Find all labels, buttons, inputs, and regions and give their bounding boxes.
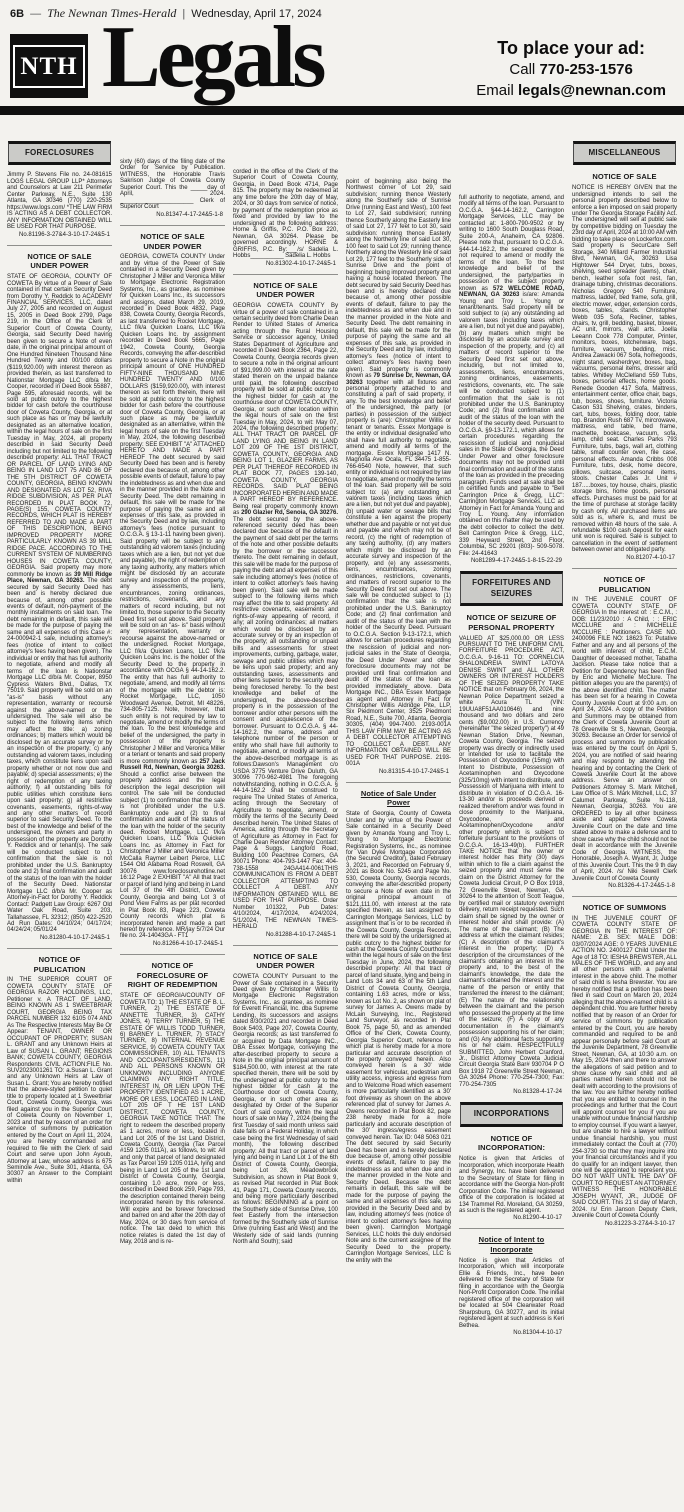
ad-email-line: Email legals@newnan.com [476, 81, 666, 101]
legal-notice: Notice of Sale Under PowerState of Georg… [346, 782, 451, 1264]
notice-body: IN THE SUPERIOR COURT OF COWETA COUNTY S… [7, 977, 112, 1184]
notice-body: COWETA COUNTY Pursuant to the Power of S… [233, 974, 338, 1246]
category-header: MISCELLANEOUS [573, 141, 676, 165]
notice-body: VALUED AT $25,000.00 OR LESS PURSUANT TO… [459, 636, 564, 1089]
legal-notice: NOTICE OF SALE UNDER POWERSTATE OF GEORG… [7, 245, 112, 941]
legal-notice: Jimmy P. Stevens File no. 24-081615 LOGS… [7, 172, 112, 237]
notice-title: NOTICE OF PUBLICATION [14, 955, 105, 975]
page-number: 6B [10, 8, 24, 20]
legal-notice: NOTICE OF SALE UNDER POWERCOWETA COUNTY … [233, 945, 338, 1246]
legal-notice: NOTICE OF PUBLICATIONIN THE SUPERIOR COU… [7, 948, 112, 1185]
ad-email-address: legals@newnan.com [518, 82, 666, 99]
notice-number: No.81280-4-10-17-24&5-1 [7, 935, 112, 941]
legal-notice: NOTICE OF SALENOTICE IS HEREBY GIVEN tha… [572, 172, 677, 560]
column-1: FORECLOSURESJimmy P. Stevens File no. 24… [7, 127, 112, 1512]
column-6: MISCELLANEOUSNOTICE OF SALENOTICE IS HER… [572, 127, 677, 1512]
notice-body: Notice is given that Articles of Incorpo… [459, 1156, 564, 1214]
category-header: FORECLOSURES [8, 141, 111, 165]
category-header: INCORPORATIONS [460, 1102, 563, 1126]
nth-logo: NTH [10, 34, 88, 98]
notice-number: No.81315-4-10-17-24&5-1 [346, 769, 451, 775]
notice-number: No.81328-4-17-24 [459, 1089, 564, 1095]
legal-notice: NOTICE OF FORECLOSURE OF RIGHT OF REDEMP… [120, 954, 225, 1246]
legal-notice: NOTICE OF SEIZURE OF PERSONAL PROPERTYVA… [459, 613, 564, 1095]
notice-body: Jimmy P. Stevens File no. 24-081615 LOGS… [7, 172, 112, 230]
column-5: full authority to negotiate, amend, and … [459, 127, 564, 1512]
notice-number: No.81347-4-17-24&5-1-8 [120, 212, 225, 218]
legal-notice-columns: FORECLOSURESJimmy P. Stevens File no. 24… [0, 115, 684, 1512]
notice-body: GEORGIA COWETA COUNTY By virtue of a pow… [233, 303, 338, 930]
notice-number: No81289-4-17-24&5-1-8-15-22-29 [459, 558, 564, 564]
notice-body: IN THE JUVENILE COURT OF COWETA COUNTY S… [572, 597, 677, 882]
notice-title: Notice of Intent to Incorporate [466, 1235, 557, 1255]
column-3: corded in the office of the Clerk of the… [233, 127, 338, 1512]
legal-notice: full authority to negotiate, amend, and … [459, 195, 564, 564]
notice-number: No.81196-3-27&4-3-10-17-24&5-1 [7, 232, 112, 238]
notice-body: NOTICE IS HEREBY GIVEN that the undersig… [572, 185, 677, 554]
notice-number: No.81266-4-10-17-24&5-1 [120, 941, 225, 947]
notice-body: point of beginning also being the Northw… [346, 179, 451, 768]
ad-phone-line: Call 770-253-1576 [476, 60, 666, 80]
call-prefix: Call [509, 61, 539, 78]
legal-notice: point of beginning also being the Northw… [346, 179, 451, 775]
notice-title: NOTICE OF FORECLOSURE OF RIGHT OF REDEMP… [127, 961, 218, 990]
notice-title: NOTICE OF INCORPORATION: [466, 1134, 557, 1154]
category-label: FORECLOSURES [25, 148, 94, 157]
notice-title: NOTICE OF SALE UNDER POWER [127, 232, 218, 252]
category-label: FORFEITURES AND SEIZURES [472, 578, 551, 597]
ad-phone-number: 770-253-1576 [539, 61, 632, 78]
header-dash: — [30, 8, 41, 20]
column-4: point of beginning also being the Northw… [346, 127, 451, 1512]
ad-headline: To place your ad: [476, 36, 666, 60]
legal-notice: NOTICE OF INCORPORATION:Notice is given … [459, 1134, 564, 1222]
notice-title: NOTICE OF SALE UNDER POWER [240, 952, 331, 972]
notice-title: NOTICE OF SALE UNDER POWER [240, 281, 331, 301]
legal-notice: NOTICE OF SUMMONSIN THE JUVENILE COURT O… [572, 896, 677, 1227]
notice-number: No.81326-4-17-24&5-1-8 [572, 883, 677, 889]
masthead: NTH Legals To place your ad: Call 770-25… [10, 24, 674, 106]
notice-body: STATE OF GEORGIA, COUNTY OF COWETA By vi… [7, 274, 112, 934]
notice-title: NOTICE OF SALE UNDER POWER [14, 252, 105, 272]
masthead-divider-bar [0, 106, 684, 115]
notice-number: No.81304-4-10-17 [459, 1330, 564, 1336]
nth-logo-text: NTH [13, 45, 84, 88]
notice-body: Notice is given that Articles of Incorpo… [459, 1258, 564, 1329]
category-header: FORFEITURES AND SEIZURES [460, 571, 563, 606]
section-title-legals: Legals [102, 14, 322, 102]
notice-title: NOTICE OF SEIZURE OF PERSONAL PROPERTY [466, 613, 557, 633]
notice-title: Notice of Sale Under Power [353, 789, 444, 809]
notice-body: STATE OF GEORGIA/COUNTY OF COWETA TO: 1)… [120, 993, 225, 1245]
notice-title: NOTICE OF SALE [579, 172, 670, 182]
category-label: MISCELLANEOUS [589, 148, 661, 157]
notice-title: NOTICE OF PUBLICATION [579, 575, 670, 595]
notice-body: corded in the office of the Clerk of the… [233, 169, 338, 260]
category-label: INCORPORATIONS [474, 1109, 550, 1118]
ad-placement-info: To place your ad: Call 770-253-1576 Emai… [476, 36, 666, 101]
notice-body: sixty (60) days of the filing date of th… [120, 159, 225, 211]
legal-notice: NOTICE OF SALE UNDER POWERGEORGIA, COWET… [120, 225, 225, 947]
legal-notice: sixty (60) days of the filing date of th… [120, 159, 225, 218]
notice-number: No.81302-4-10-17-24&5-1 [233, 261, 338, 267]
notice-number: No.81290-4-10-17 [459, 1215, 564, 1221]
notice-number: No.81288-4-10-17-24&5-1 [233, 932, 338, 938]
legal-notice: corded in the office of the Clerk of the… [233, 169, 338, 267]
notice-title: NOTICE OF SUMMONS [579, 903, 670, 913]
notice-body: full authority to negotiate, amend, and … [459, 195, 564, 557]
column-2: sixty (60) days of the filing date of th… [120, 127, 225, 1512]
notice-body: IN THE JUVENILE COURT OF COWETA COUNTY S… [572, 916, 677, 1220]
notice-body: GEORGIA, COWETA COUNTY Under and by virt… [120, 254, 225, 940]
legal-notice: NOTICE OF PUBLICATIONIN THE JUVENILE COU… [572, 568, 677, 889]
email-prefix: Email [476, 82, 518, 99]
legal-notice: Notice of Intent to IncorporateNotice is… [459, 1228, 564, 1336]
notice-number: No.81223-3-27&4-3-10-17 [572, 1221, 677, 1227]
legal-notice: NOTICE OF SALE UNDER POWERGEORGIA COWETA… [233, 274, 338, 938]
notice-number: No.81207-4-10-17 [572, 555, 677, 561]
notice-body: State of Georgia, County of Coweta Under… [346, 811, 451, 1264]
